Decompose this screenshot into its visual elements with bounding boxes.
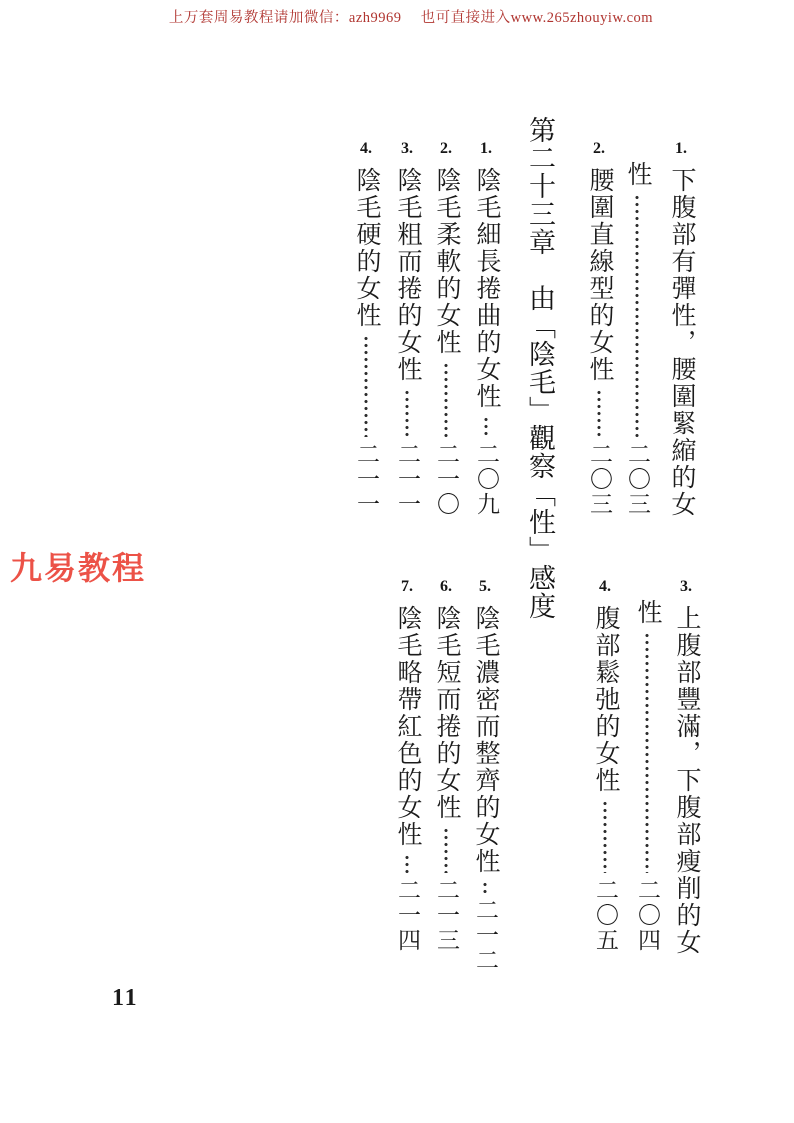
entry-text: 陰毛硬的女性	[351, 167, 381, 329]
entry-text: 陰毛濃密而整齊的女性	[470, 605, 500, 875]
entry-number: 4.	[590, 579, 620, 595]
entry-number: 3.	[671, 579, 701, 595]
dot-leader	[643, 632, 651, 873]
entry-page: 二一三	[431, 878, 461, 953]
entry-number: 2.	[431, 141, 461, 157]
dot-leader	[403, 854, 411, 873]
entry-number: 1.	[666, 141, 696, 157]
toc-entry-1-line2: 性 二〇三	[622, 161, 652, 517]
header-banner-text: 上万套周易教程请加微信：azh9969 也可直接进入www.265zhouyiw…	[169, 10, 653, 26]
toc-entry-ch23-1: 1. 陰毛細長捲曲的女性 二〇九	[471, 143, 501, 517]
entry-page: 二一二	[470, 898, 500, 973]
entry-text: 上腹部豐滿，下腹部瘦削的女	[671, 605, 701, 956]
entry-text: 性	[622, 161, 652, 188]
watermark: 九易教程	[10, 543, 146, 589]
toc-entry-ch23-7: 7. 陰毛略帶紅色的女性 二一四	[392, 581, 422, 953]
entry-page: 二〇五	[590, 878, 620, 953]
entry-number: 4.	[351, 141, 381, 157]
entry-number: 2.	[584, 141, 614, 157]
entry-text: 陰毛柔軟的女性	[431, 167, 461, 356]
entry-number: 3.	[392, 141, 422, 157]
toc-entry-ch23-2: 2. 陰毛柔軟的女性 二一〇	[431, 143, 461, 517]
entry-text: 陰毛粗而捲的女性	[392, 167, 422, 383]
entry-number: 6.	[431, 579, 461, 595]
entry-page: 二一一	[351, 442, 381, 517]
toc-entry-3-line1: 3. 上腹部豐滿，下腹部瘦削的女	[671, 581, 701, 953]
entry-page: 二〇三	[622, 442, 652, 517]
entry-text: 陰毛短而捲的女性	[431, 605, 461, 821]
dot-leader	[403, 389, 411, 437]
toc-entry-ch23-5: 5. 陰毛濃密而整齊的女性 二一二	[470, 581, 500, 953]
toc-entry-2: 2. 腰圍直線型的女性 二〇三	[584, 143, 614, 517]
page-number: 11	[112, 985, 139, 1012]
dot-leader	[362, 335, 370, 437]
toc-entry-1-line1: 1. 下腹部有彈性，腰圍緊縮的女	[666, 143, 696, 517]
header-banner: 上万套周易教程请加微信：azh9969 也可直接进入www.265zhouyiw…	[0, 6, 794, 27]
entry-page: 二〇三	[584, 442, 614, 517]
toc-entry-ch23-6: 6. 陰毛短而捲的女性 二一三	[431, 581, 461, 953]
dot-leader	[601, 800, 609, 873]
entry-page: 二〇四	[632, 878, 662, 953]
entry-text: 性	[632, 599, 662, 626]
dot-leader	[482, 416, 490, 437]
dot-leader	[481, 881, 489, 893]
entry-page: 二〇九	[471, 442, 501, 517]
toc-entry-ch23-4: 4. 陰毛硬的女性 二一一	[351, 143, 381, 517]
scanned-book-page: 上万套周易教程请加微信：azh9969 也可直接进入www.265zhouyiw…	[0, 0, 794, 1123]
dot-leader	[595, 389, 603, 437]
entry-number: 5.	[470, 579, 500, 595]
entry-text: 陰毛略帶紅色的女性	[392, 605, 422, 848]
dot-leader	[442, 362, 450, 437]
entry-text: 腰圍直線型的女性	[584, 167, 614, 383]
toc-entry-3-line2: 性 二〇四	[632, 599, 662, 953]
dot-leader	[442, 827, 450, 873]
entry-text: 陰毛細長捲曲的女性	[471, 167, 501, 410]
dot-leader	[633, 194, 641, 437]
entry-number: 1.	[471, 141, 501, 157]
toc-entry-4: 4. 腹部鬆弛的女性 二〇五	[590, 581, 620, 953]
entry-text: 腹部鬆弛的女性	[590, 605, 620, 794]
toc-entry-ch23-3: 3. 陰毛粗而捲的女性 二一一	[392, 143, 422, 517]
entry-number: 7.	[392, 579, 422, 595]
entry-text: 下腹部有彈性，腰圍緊縮的女	[666, 167, 696, 518]
chapter-title: 第二十三章 由「陰毛」觀察「性」感度	[522, 116, 558, 558]
entry-page: 二一〇	[431, 442, 461, 517]
entry-page: 二一一	[392, 442, 422, 517]
entry-page: 二一四	[392, 878, 422, 953]
